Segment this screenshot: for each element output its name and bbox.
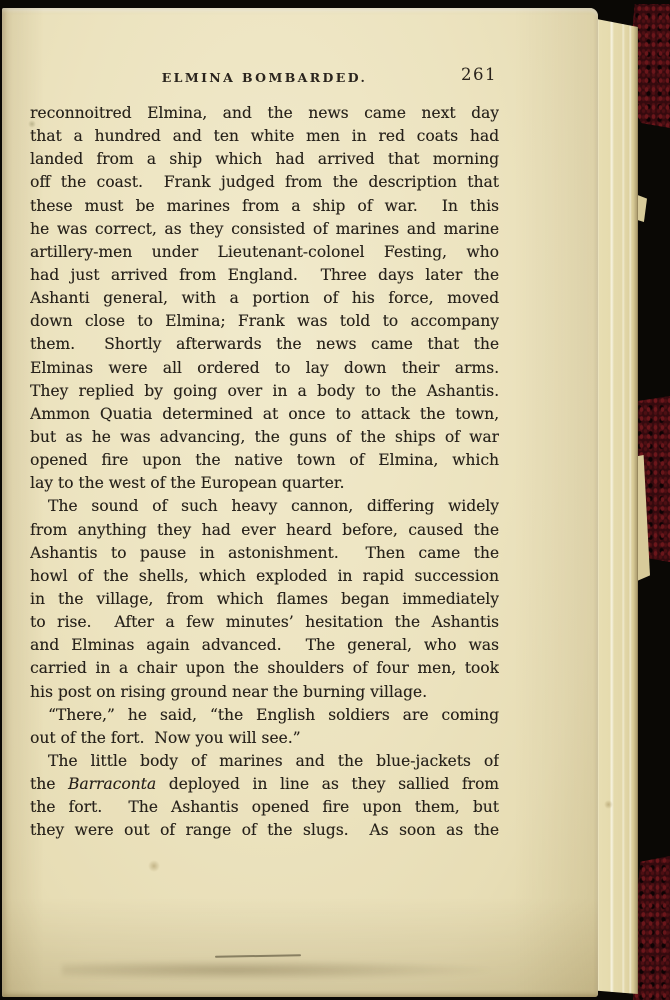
page-body: reconnoitred Elmina, and the news came n… [30,102,499,843]
text-line: lay to the west of the European quarter. [30,472,499,495]
text-line: Ammon Quatia determined at once to attac… [30,403,499,426]
text-line: they were out of range of the slugs. As … [30,819,499,842]
text-line: from anything they had ever heard before… [30,519,499,542]
text-line: howl of the shells, which exploded in ra… [30,565,499,588]
text-line: he was correct, as they consisted of mar… [30,218,499,241]
book-page: ELMINA BOMBARDED. 261 reconnoitred Elmin… [2,8,598,997]
text-line: Ashantis to pause in astonishment. Then … [30,542,499,565]
text-line: them. Shortly afterwards the news came t… [30,333,499,356]
running-title: ELMINA BOMBARDED. [162,70,368,85]
text-line: The sound of such heavy cannon, differin… [30,495,499,518]
text-line: to rise. After a few minutes’ hesitation… [30,611,499,634]
text-line: The little body of marines and the blue-… [30,750,499,773]
text-line: and Elminas again advanced. The general,… [30,634,499,657]
text-line: out of the fort. Now you will see.” [30,727,499,750]
text-line: opened fire upon the native town of Elmi… [30,449,499,472]
book-scan: ELMINA BOMBARDED. 261 reconnoitred Elmin… [0,0,670,1000]
text-line: “There,” he said, “the English soldiers … [30,704,499,727]
text-line: carried in a chair upon the shoulders of… [30,657,499,680]
text-line: They replied by going over in a body to … [30,380,499,403]
text-line: Ashanti general, with a portion of his f… [30,287,499,310]
text-line: down close to Elmina; Frank was told to … [30,310,499,333]
text-line: had just arrived from England. Three day… [30,264,499,287]
text-line: that a hundred and ten white men in red … [30,125,499,148]
page-number: 261 [461,65,497,84]
text-line: landed from a ship which had arrived tha… [30,148,499,171]
text-line: his post on rising ground near the burni… [30,681,499,704]
text-line: the Barraconta deployed in line as they … [30,773,499,796]
text-line: in the village, from which flames began … [30,588,499,611]
text-line: the fort. The Ashantis opened fire upon … [30,796,499,819]
text-line: artillery-men under Lieutenant-colonel F… [30,241,499,264]
book-cover-edge-bottom [633,856,670,1000]
text-line: but as he was advancing, the guns of the… [30,426,499,449]
text-line: reconnoitred Elmina, and the news came n… [30,102,499,125]
page-bottom-shadow [62,960,492,980]
text-line: off the coast. Frank judged from the des… [30,171,499,194]
text-line: Elminas were all ordered to lay down the… [30,357,499,380]
text-line: these must be marines from a ship of war… [30,195,499,218]
scan-smudge [215,954,301,957]
page-header: ELMINA BOMBARDED. 261 [30,68,499,90]
fox-spot [148,860,160,872]
